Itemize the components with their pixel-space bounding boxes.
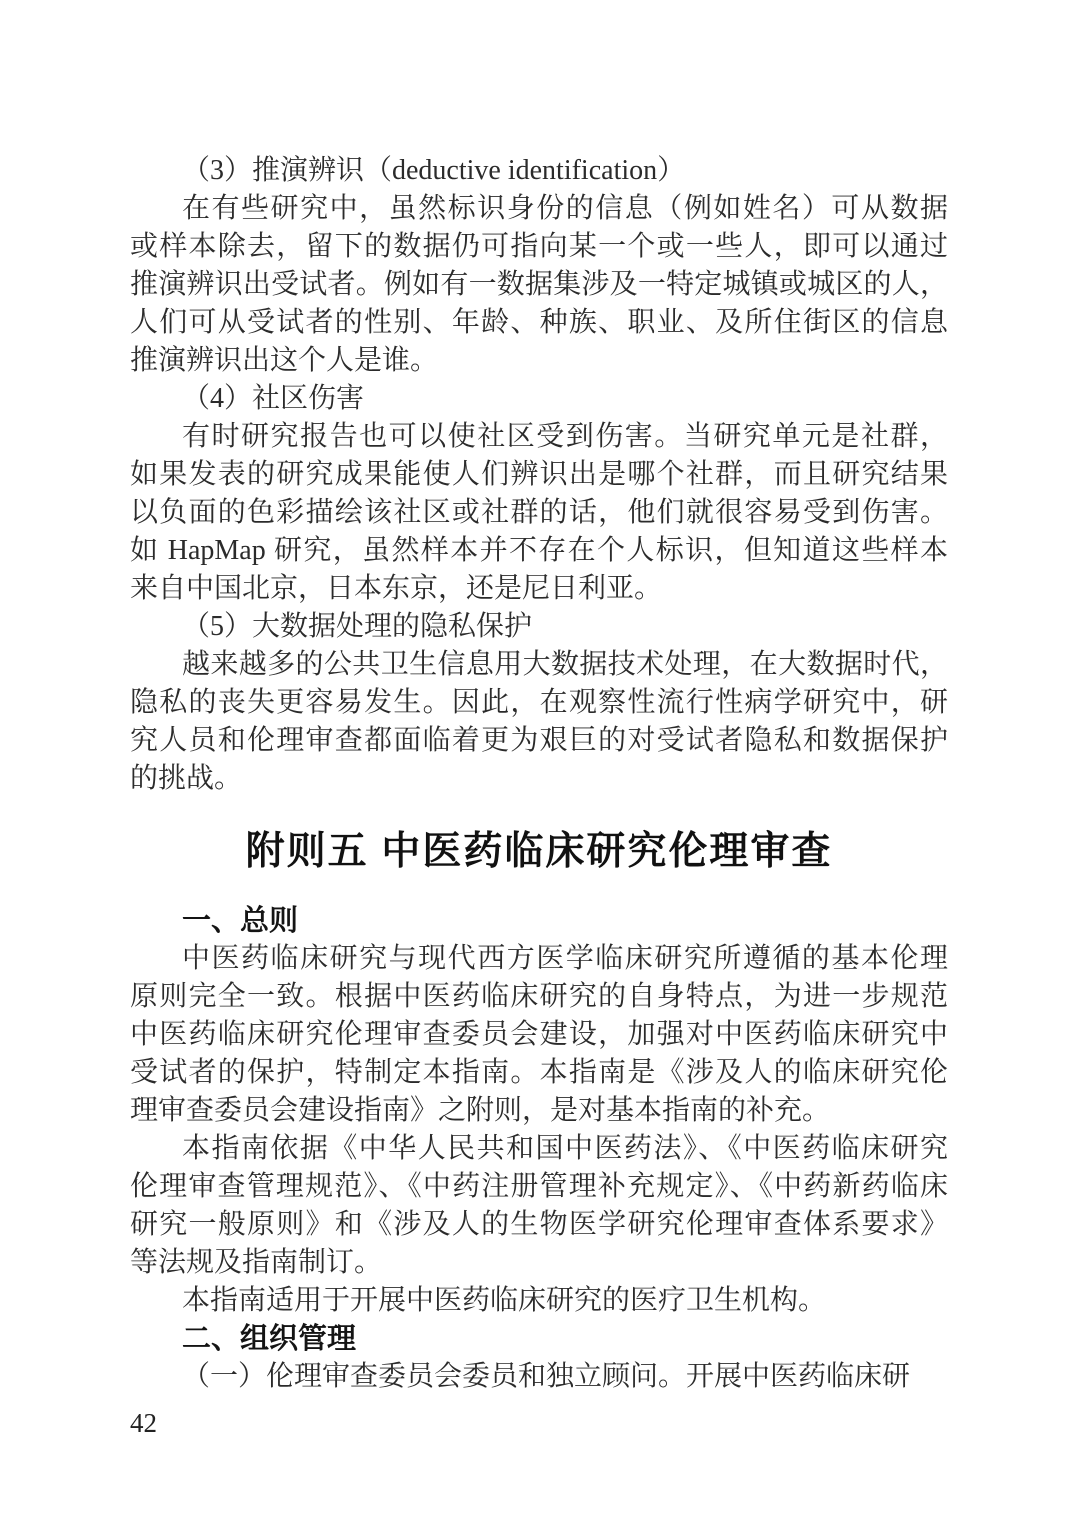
- document-body: （3）推演辨识（deductive identification）在有些研究中，…: [130, 152, 948, 1396]
- text-line: 本指南依据《中华人民共和国中医药法》、《中医药临床研究: [130, 1130, 948, 1168]
- section-heading: 二、组织管理: [130, 1320, 948, 1358]
- page-number: 42: [130, 1408, 157, 1438]
- text-line: 的挑战。: [130, 760, 948, 798]
- text-line: 推演辨识出这个人是谁。: [130, 342, 948, 380]
- text-line: 研究一般原则》和《涉及人的生物医学研究伦理审查体系要求》: [130, 1206, 948, 1244]
- text-line: 伦理审查管理规范》、《中药注册管理补充规定》、《中药新药临床: [130, 1168, 948, 1206]
- text-line: 理审查委员会建设指南》之附则，是对基本指南的补充。: [130, 1092, 948, 1130]
- text-line: 究人员和伦理审查都面临着更为艰巨的对受试者隐私和数据保护: [130, 722, 948, 760]
- text-line: 以负面的色彩描绘该社区或社群的话，他们就很容易受到伤害。: [130, 494, 948, 532]
- text-line: 来自中国北京，日本东京，还是尼日利亚。: [130, 570, 948, 608]
- text-line: 本指南适用于开展中医药临床研究的医疗卫生机构。: [130, 1282, 948, 1320]
- text-line: （4）社区伤害: [130, 380, 948, 418]
- text-line: 推演辨识出受试者。例如有一数据集涉及一特定城镇或城区的人，: [130, 266, 948, 304]
- text-line: 如果发表的研究成果能使人们辨识出是哪个社群，而且研究结果: [130, 456, 948, 494]
- text-line: （一）伦理审查委员会委员和独立顾问。开展中医药临床研: [130, 1358, 948, 1396]
- text-line: 在有些研究中，虽然标识身份的信息（例如姓名）可从数据: [130, 190, 948, 228]
- section-heading: 一、总则: [130, 902, 948, 940]
- document-page: （3）推演辨识（deductive identification）在有些研究中，…: [0, 0, 1080, 1528]
- text-line: 或样本除去，留下的数据仍可指向某一个或一些人，即可以通过: [130, 228, 948, 266]
- text-line: 受试者的保护，特制定本指南。本指南是《涉及人的临床研究伦: [130, 1054, 948, 1092]
- text-line: （5）大数据处理的隐私保护: [130, 608, 948, 646]
- text-line: 等法规及指南制订。: [130, 1244, 948, 1282]
- appendix-title: 附则五 中医药临床研究伦理审查: [130, 824, 948, 880]
- text-line: 有时研究报告也可以使社区受到伤害。当研究单元是社群，: [130, 418, 948, 456]
- text-line: 人们可从受试者的性别、年龄、种族、职业、及所住街区的信息: [130, 304, 948, 342]
- text-line: （3）推演辨识（deductive identification）: [130, 152, 948, 190]
- text-line: 隐私的丧失更容易发生。因此，在观察性流行性病学研究中，研: [130, 684, 948, 722]
- text-line: 如 HapMap 研究，虽然样本并不存在个人标识，但知道这些样本: [130, 532, 948, 570]
- text-line: 原则完全一致。根据中医药临床研究的自身特点，为进一步规范: [130, 978, 948, 1016]
- text-line: 中医药临床研究与现代西方医学临床研究所遵循的基本伦理: [130, 940, 948, 978]
- text-line: 越来越多的公共卫生信息用大数据技术处理，在大数据时代，: [130, 646, 948, 684]
- text-line: 中医药临床研究伦理审查委员会建设，加强对中医药临床研究中: [130, 1016, 948, 1054]
